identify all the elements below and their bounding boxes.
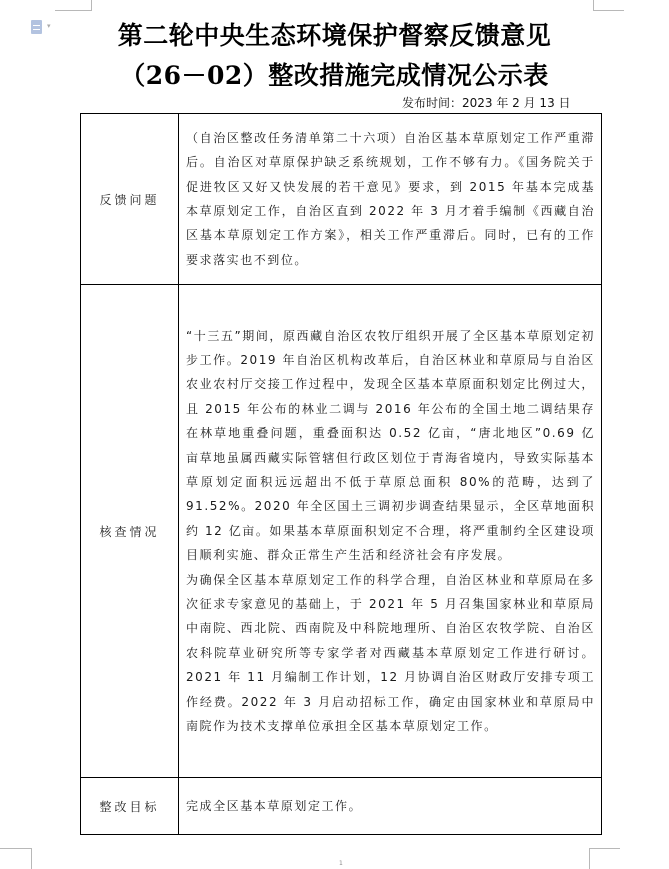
page-corner-mark-top-left [55,0,92,11]
page-corner-mark-top-right [593,0,624,11]
row-label: 整改目标 [81,778,179,835]
table-row-feedback-issue: 反馈问题 （自治区整改任务清单第二十六项）自治区基本草原划定工作严重滞后。自治区… [81,114,602,285]
paragraph: 为确保全区基本草原划定工作的科学合理，自治区林业和草原局在多次征求专家意见的基础… [186,568,595,739]
document-title-line-2: （26－02）整改措施完成情况公示表 [0,56,669,92]
row-content: “十三五”期间，原西藏自治区农牧厅组织开展了全区基本草原划定初步工作。2019 … [179,285,602,778]
page-corner-mark-bottom-left [0,848,32,869]
document-title-line-1: 第二轮中央生态环境保护督察反馈意见 [0,16,669,52]
page-number: 1 [339,860,343,867]
page-corner-mark-bottom-right [589,848,620,869]
paragraph: “十三五”期间，原西藏自治区农牧厅组织开展了全区基本草原划定初步工作。2019 … [186,324,595,568]
row-content: （自治区整改任务清单第二十六项）自治区基本草原划定工作严重滞后。自治区对草原保护… [179,114,602,285]
table-row-rectification-goal: 整改目标 完成全区基本草原划定工作。 [81,778,602,835]
rectification-table: 反馈问题 （自治区整改任务清单第二十六项）自治区基本草原划定工作严重滞后。自治区… [80,113,602,835]
paragraph: 完成全区基本草原划定工作。 [186,794,595,818]
publish-date: 发布时间：2023 年 2 月 13 日 [402,94,571,111]
table-row-verification: 核查情况 “十三五”期间，原西藏自治区农牧厅组织开展了全区基本草原划定初步工作。… [81,285,602,778]
row-label: 核查情况 [81,285,179,778]
row-label: 反馈问题 [81,114,179,285]
paragraph: （自治区整改任务清单第二十六项）自治区基本草原划定工作严重滞后。自治区对草原保护… [186,126,595,272]
row-content: 完成全区基本草原划定工作。 [179,778,602,835]
